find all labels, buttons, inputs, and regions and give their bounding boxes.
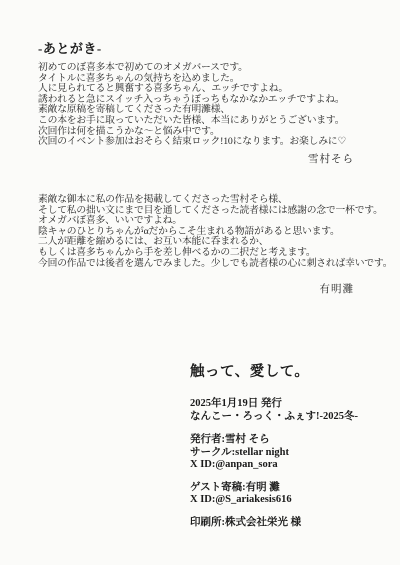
- colophon-publisher-block: 発行者:雪村 そら サークル:stellar night X ID:@anpan…: [190, 434, 358, 472]
- afterword-p1-line: 次回のイベント参加はおそらく結束ロック!10になります。お楽しみに♡: [38, 137, 380, 148]
- circle-name: サークル:stellar night: [190, 447, 358, 460]
- event-name: なんこー・ろっく・ふぇす!-2025冬-: [190, 411, 358, 424]
- author-signature: 雪村そら: [308, 151, 354, 166]
- afterword-p2-line: 今回の作品では後者を選んでみました。少しでも読者様の心に刺されば幸いです。: [38, 259, 380, 270]
- issue-date: 2025年1月19日 発行: [190, 398, 358, 411]
- afterword-p1-line: この本をお手に取っていただいた皆様、本当にありがとうございます。: [38, 116, 380, 127]
- colophon-guest-block: ゲスト寄稿:有明 灘 X ID:@S_ariakesis616: [190, 482, 358, 507]
- afterword-heading: -あとがき-: [38, 38, 102, 57]
- afterword-paragraph-2: 素敵な御本に私の作品を掲載してくださった雪村そら様、 そして私の拙い文にまで目を…: [38, 195, 380, 269]
- colophon-printer-block: 印刷所:株式会社栄光 様: [190, 517, 358, 530]
- book-title: 触って、愛して。: [190, 360, 358, 381]
- guest-signature: 有明灘: [320, 281, 355, 296]
- publisher-name: 発行者:雪村 そら: [190, 434, 358, 447]
- afterword-p2-line: 素敵な御本に私の作品を掲載してくださった雪村そら様、: [38, 195, 380, 206]
- colophon-issue-block: 2025年1月19日 発行 なんこー・ろっく・ふぇす!-2025冬-: [190, 398, 358, 423]
- doujinshi-afterword-page: -あとがき- 初めてのぼ喜多本で初めてのオメガバースです。 タイトルに喜多ちゃん…: [0, 0, 400, 565]
- publisher-x-id: X ID:@anpan_sora: [190, 459, 358, 472]
- guest-name: ゲスト寄稿:有明 灘: [190, 482, 358, 495]
- afterword-paragraph-1: 初めてのぼ喜多本で初めてのオメガバースです。 タイトルに喜多ちゃんの気持ちを込め…: [38, 63, 380, 148]
- colophon: 触って、愛して。 2025年1月19日 発行 なんこー・ろっく・ふぇす!-202…: [190, 360, 358, 529]
- afterword-p1-line: 初めてのぼ喜多本で初めてのオメガバースです。: [38, 63, 380, 74]
- afterword-p2-line: もしくは喜多ちゃんから手を差し伸べるかの二択だと考えます。: [38, 248, 380, 259]
- guest-x-id: X ID:@S_ariakesis616: [190, 494, 358, 507]
- printer-name: 印刷所:株式会社栄光 様: [190, 517, 358, 530]
